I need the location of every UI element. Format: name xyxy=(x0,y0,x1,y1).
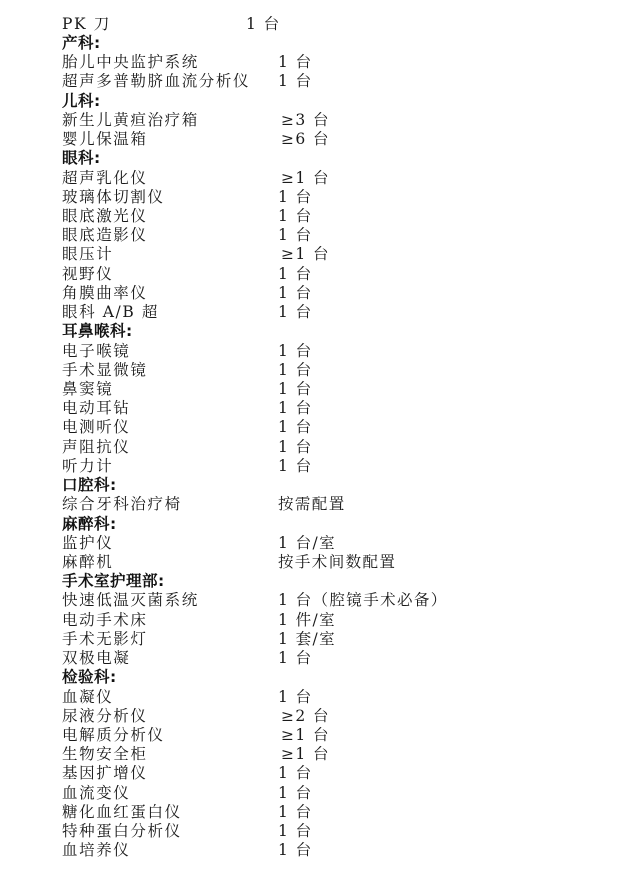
list-item: 电动手术床 1 件/室 xyxy=(0,611,640,630)
list-item: 生物安全柜 ≥1 台 xyxy=(0,745,640,764)
list-item: 眼底激光仪 1 台 xyxy=(0,207,640,226)
list-item: 听力计 1 台 xyxy=(0,457,640,476)
list-item: 眼科 A/B 超 1 台 xyxy=(0,303,640,322)
list-item: 手术无影灯 1 套/室 xyxy=(0,630,640,649)
section-heading-ophthalmology: 眼科: xyxy=(0,149,640,168)
equipment-list-document: PK 刀 1 台 产科: 胎儿中央监护系统 1 台 超声多普勒脐血流分析仪 1 … xyxy=(0,0,640,880)
list-item: 尿液分析仪 ≥2 台 xyxy=(0,707,640,726)
list-item: 糖化血红蛋白仪 1 台 xyxy=(0,803,640,822)
list-item: 鼻窦镜 1 台 xyxy=(0,380,640,399)
list-item: 电解质分析仪 ≥1 台 xyxy=(0,726,640,745)
list-item: 婴儿保温箱 ≥6 台 xyxy=(0,130,640,149)
list-item: 视野仪 1 台 xyxy=(0,265,640,284)
list-item: 血流变仪 1 台 xyxy=(0,784,640,803)
section-heading-anesthesiology: 麻醉科: xyxy=(0,515,640,534)
list-item: 超声乳化仪 ≥1 台 xyxy=(0,169,640,188)
list-item: 眼底造影仪 1 台 xyxy=(0,226,640,245)
list-item: 新生儿黄疸治疗箱 ≥3 台 xyxy=(0,111,640,130)
list-item: 胎儿中央监护系统 1 台 xyxy=(0,53,640,72)
list-item: 特种蛋白分析仪 1 台 xyxy=(0,822,640,841)
list-item: 血凝仪 1 台 xyxy=(0,688,640,707)
list-item: 血培养仪 1 台 xyxy=(0,841,640,860)
item-name: PK 刀 xyxy=(62,15,111,34)
section-heading-pediatrics: 儿科: xyxy=(0,92,640,111)
section-heading-ent: 耳鼻喉科: xyxy=(0,322,640,341)
section-heading-obstetrics: 产科: xyxy=(0,34,640,53)
list-item: 双极电凝 1 台 xyxy=(0,649,640,668)
list-item: 电子喉镜 1 台 xyxy=(0,342,640,361)
section-heading-laboratory: 检验科: xyxy=(0,668,640,687)
list-item: 麻醉机 按手术间数配置 xyxy=(0,553,640,572)
list-item: 角膜曲率仪 1 台 xyxy=(0,284,640,303)
list-item: 电测听仪 1 台 xyxy=(0,418,640,437)
list-item: 基因扩增仪 1 台 xyxy=(0,764,640,783)
section-heading-stomatology: 口腔科: xyxy=(0,476,640,495)
list-item: 眼压计 ≥1 台 xyxy=(0,245,640,264)
list-item: 玻璃体切割仪 1 台 xyxy=(0,188,640,207)
list-item: 快速低温灭菌系统 1 台（腔镜手术必备） xyxy=(0,591,640,610)
list-item: PK 刀 1 台 xyxy=(0,15,640,34)
list-item: 超声多普勒脐血流分析仪 1 台 xyxy=(0,72,640,91)
list-item: 声阻抗仪 1 台 xyxy=(0,438,640,457)
list-item: 电动耳钻 1 台 xyxy=(0,399,640,418)
list-item: 监护仪 1 台/室 xyxy=(0,534,640,553)
list-item: 手术显微镜 1 台 xyxy=(0,361,640,380)
item-quantity: 1 台 xyxy=(246,15,281,34)
section-heading-or-nursing: 手术室护理部: xyxy=(0,572,640,591)
list-item: 综合牙科治疗椅 按需配置 xyxy=(0,495,640,514)
